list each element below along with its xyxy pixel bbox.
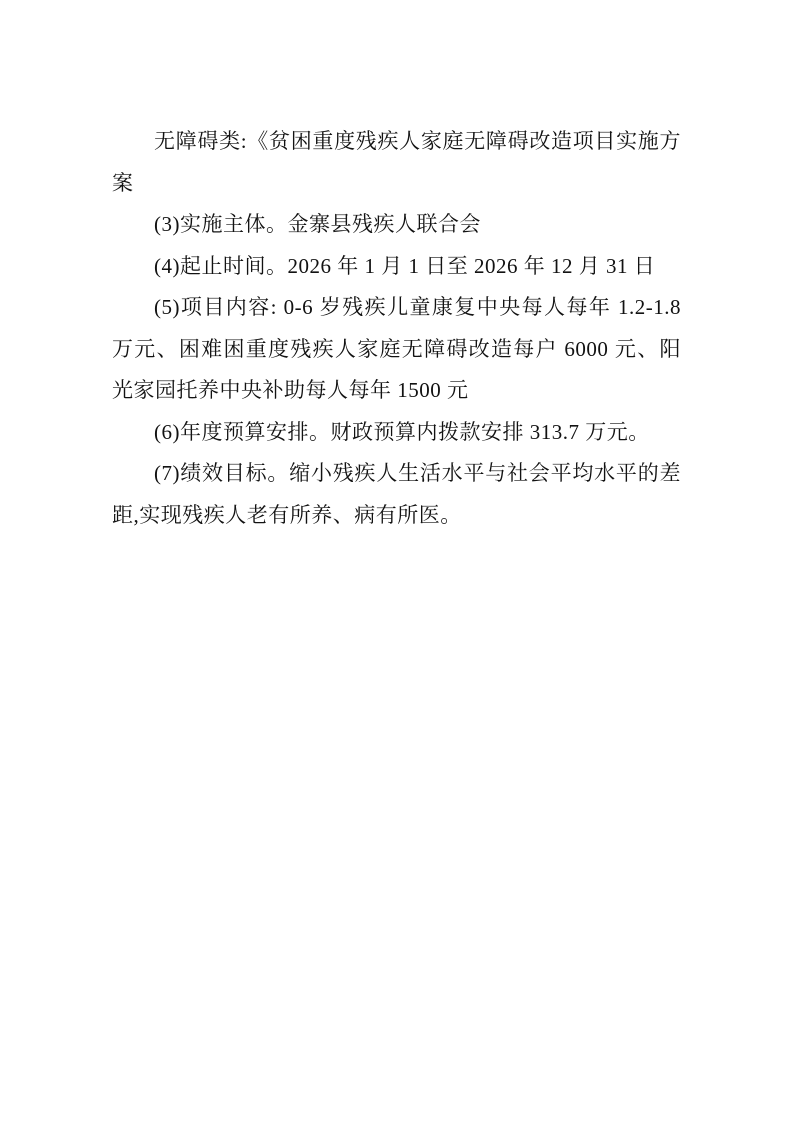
paragraph-performance-target: (7)绩效目标。缩小残疾人生活水平与社会平均水平的差距,实现残疾人老有所养、病有… <box>112 453 681 536</box>
paragraph-implementing-body: (3)实施主体。金寨县残疾人联合会 <box>112 204 681 246</box>
paragraph-project-content: (5)项目内容: 0-6 岁残疾儿童康复中央每人每年 1.2-1.8 万元、困难… <box>112 287 681 412</box>
document-page: 无障碍类:《贫困重度残疾人家庭无障碍改造项目实施方案 (3)实施主体。金寨县残疾… <box>0 0 793 1122</box>
paragraph-time-period: (4)起止时间。2026 年 1 月 1 日至 2026 年 12 月 31 日 <box>112 246 681 288</box>
paragraph-annual-budget: (6)年度预算安排。财政预算内拨款安排 313.7 万元。 <box>112 412 681 454</box>
paragraph-accessibility-category: 无障碍类:《贫困重度残疾人家庭无障碍改造项目实施方案 <box>112 121 681 204</box>
